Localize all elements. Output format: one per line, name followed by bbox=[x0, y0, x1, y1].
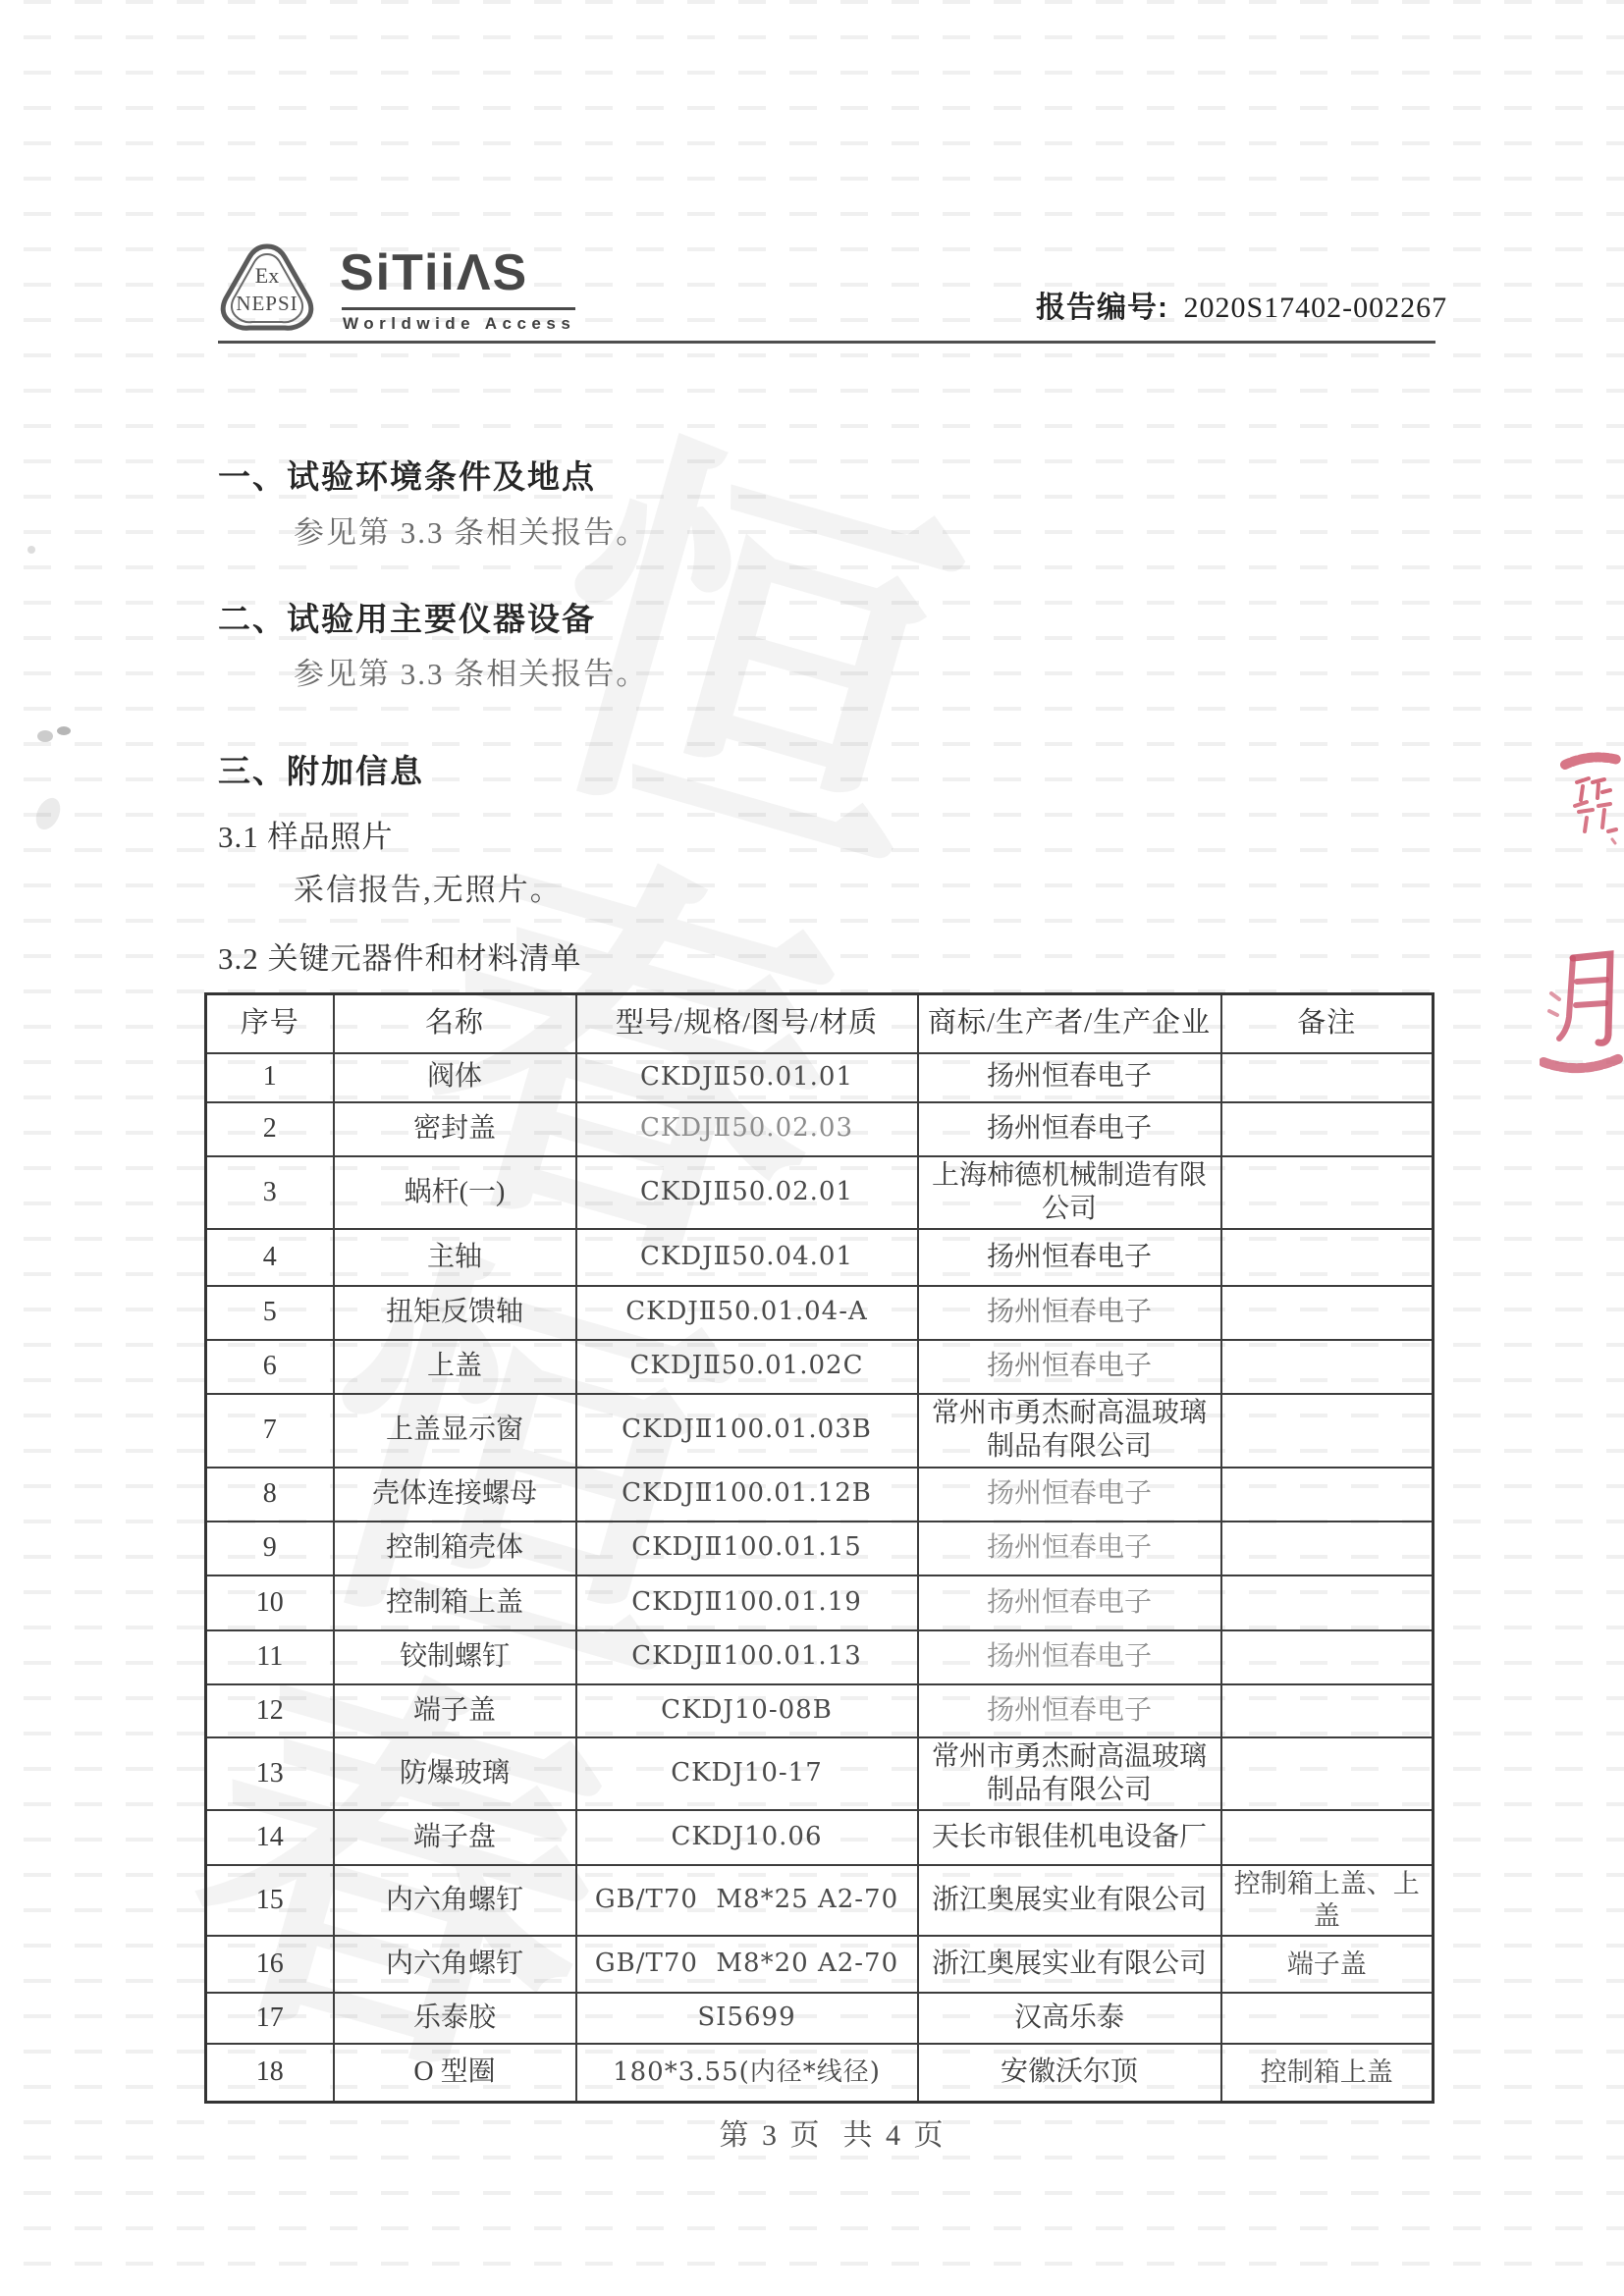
table-row: 16内六角螺钉GB/T70 M8*20 A2-70浙江奥展实业有限公司端子盖 bbox=[206, 1936, 1434, 1993]
brand-wordmark: SiTiiΛS bbox=[340, 243, 528, 302]
cell-maker: 扬州恒春电子 bbox=[918, 1522, 1221, 1575]
cell-seq: 12 bbox=[206, 1684, 334, 1737]
cell-remark: 控制箱上盖 bbox=[1221, 2044, 1434, 2102]
scan-smudge bbox=[27, 546, 35, 554]
cell-seq: 17 bbox=[206, 1993, 334, 2044]
cell-remark: 控制箱上盖、上盖 bbox=[1221, 1865, 1434, 1936]
brand-underline bbox=[342, 307, 575, 310]
cell-name: 蜗杆(一) bbox=[334, 1156, 576, 1229]
cell-maker: 扬州恒春电子 bbox=[918, 1102, 1221, 1156]
table-row: 10控制箱上盖CKDJⅡ100.01.19扬州恒春电子 bbox=[206, 1575, 1434, 1630]
cell-maker: 扬州恒春电子 bbox=[918, 1286, 1221, 1340]
components-table: 序号 名称 型号/规格/图号/材质 商标/生产者/生产企业 备注 1阀体CKDJ… bbox=[204, 992, 1435, 2104]
cell-seq: 15 bbox=[206, 1865, 334, 1936]
cell-model: CKDJⅡ50.01.04-A bbox=[576, 1286, 918, 1340]
cell-seq: 10 bbox=[206, 1575, 334, 1630]
report-number: 报告编号: 2020S17402-002267 bbox=[1036, 283, 1429, 326]
cell-name: 控制箱上盖 bbox=[334, 1575, 576, 1630]
cell-name: 扭矩反馈轴 bbox=[334, 1286, 576, 1340]
cell-name: 防爆玻璃 bbox=[334, 1737, 576, 1810]
scan-smudge bbox=[31, 794, 65, 833]
page-footer: 第 3 页 共 4 页 bbox=[204, 2110, 1432, 2154]
table-row: 14端子盘CKDJ10.06天长市银佳机电设备厂 bbox=[206, 1810, 1434, 1865]
cell-seq: 11 bbox=[206, 1630, 334, 1684]
table-row: 5扭矩反馈轴CKDJⅡ50.01.04-A扬州恒春电子 bbox=[206, 1286, 1434, 1340]
table-row: 17乐泰胶SI5699汉高乐泰 bbox=[206, 1993, 1434, 2044]
nepsi-ex-logo-icon: Ex NEPSI bbox=[216, 241, 318, 341]
cell-maker: 扬州恒春电子 bbox=[918, 1630, 1221, 1684]
cell-model: CKDJⅡ50.01.01 bbox=[576, 1053, 918, 1102]
cell-seq: 8 bbox=[206, 1468, 334, 1522]
cell-name: 壳体连接螺母 bbox=[334, 1468, 576, 1522]
cell-maker: 扬州恒春电子 bbox=[918, 1684, 1221, 1737]
cell-model: 180*3.55(内径*线径) bbox=[576, 2044, 918, 2102]
cell-remark bbox=[1221, 1684, 1434, 1737]
logo-ex-text: Ex bbox=[255, 263, 279, 288]
cell-model: CKDJ10-17 bbox=[576, 1737, 918, 1810]
cell-maker: 扬州恒春电子 bbox=[918, 1053, 1221, 1102]
cell-seq: 13 bbox=[206, 1737, 334, 1810]
cell-remark bbox=[1221, 1394, 1434, 1468]
cell-maker: 扬州恒春电子 bbox=[918, 1229, 1221, 1286]
section-1-body: 参见第 3.3 条相关报告。 bbox=[294, 507, 648, 552]
cell-remark: 端子盖 bbox=[1221, 1936, 1434, 1993]
report-number-label: 报告编号: bbox=[1036, 292, 1168, 324]
cell-model: GB/T70 M8*25 A2-70 bbox=[576, 1865, 918, 1936]
cell-name: 主轴 bbox=[334, 1229, 576, 1286]
cell-model: CKDJⅡ50.02.01 bbox=[576, 1156, 918, 1229]
table-body: 1阀体CKDJⅡ50.01.01扬州恒春电子2密封盖CKDJⅡ50.02.03扬… bbox=[206, 1053, 1434, 2103]
subsection-3-1-label: 3.1 样品照片 bbox=[218, 812, 394, 856]
table-row: 18O 型圈180*3.55(内径*线径)安徽沃尔顶控制箱上盖 bbox=[206, 2044, 1434, 2102]
cell-maker: 浙江奥展实业有限公司 bbox=[918, 1865, 1221, 1936]
cell-remark bbox=[1221, 1810, 1434, 1865]
cell-model: CKDJⅡ100.01.13 bbox=[576, 1630, 918, 1684]
cell-remark bbox=[1221, 1286, 1434, 1340]
cell-seq: 4 bbox=[206, 1229, 334, 1286]
cell-seq: 6 bbox=[206, 1340, 334, 1394]
cell-model: CKDJ10.06 bbox=[576, 1810, 918, 1865]
cell-name: 乐泰胶 bbox=[334, 1993, 576, 2044]
cell-seq: 5 bbox=[206, 1286, 334, 1340]
cell-maker: 浙江奥展实业有限公司 bbox=[918, 1936, 1221, 1993]
components-table-wrapper: 序号 名称 型号/规格/图号/材质 商标/生产者/生产企业 备注 1阀体CKDJ… bbox=[204, 992, 1432, 2104]
cell-maker: 扬州恒春电子 bbox=[918, 1340, 1221, 1394]
cell-model: CKDJⅡ50.04.01 bbox=[576, 1229, 918, 1286]
cell-model: CKDJⅡ50.01.02C bbox=[576, 1340, 918, 1394]
table-row: 6上盖CKDJⅡ50.01.02C扬州恒春电子 bbox=[206, 1340, 1434, 1394]
cell-seq: 7 bbox=[206, 1394, 334, 1468]
cell-remark bbox=[1221, 1102, 1434, 1156]
cell-remark bbox=[1221, 1737, 1434, 1810]
cell-model: CKDJⅡ50.02.03 bbox=[576, 1102, 918, 1156]
cell-seq: 18 bbox=[206, 2044, 334, 2102]
cell-name: 密封盖 bbox=[334, 1102, 576, 1156]
cell-name: 端子盘 bbox=[334, 1810, 576, 1865]
cell-maker: 天长市银佳机电设备厂 bbox=[918, 1810, 1221, 1865]
cell-seq: 14 bbox=[206, 1810, 334, 1865]
table-row: 8壳体连接螺母CKDJⅡ100.01.12B扬州恒春电子 bbox=[206, 1468, 1434, 1522]
table-row: 7上盖显示窗CKDJⅡ100.01.03B常州市勇杰耐高温玻璃制品有限公司 bbox=[206, 1394, 1434, 1468]
cell-model: GB/T70 M8*20 A2-70 bbox=[576, 1936, 918, 1993]
cell-model: CKDJⅡ100.01.19 bbox=[576, 1575, 918, 1630]
col-header-seq: 序号 bbox=[206, 994, 334, 1053]
cell-maker: 上海柿德机械制造有限公司 bbox=[918, 1156, 1221, 1229]
cell-name: 内六角螺钉 bbox=[334, 1936, 576, 1993]
section-2-title: 二、试验用主要仪器设备 bbox=[218, 594, 596, 640]
cell-remark bbox=[1221, 1575, 1434, 1630]
col-header-maker: 商标/生产者/生产企业 bbox=[918, 994, 1221, 1053]
cell-name: O 型圈 bbox=[334, 2044, 576, 2102]
cell-name: 铰制螺钉 bbox=[334, 1630, 576, 1684]
cell-maker: 扬州恒春电子 bbox=[918, 1575, 1221, 1630]
cell-model: CKDJⅡ100.01.15 bbox=[576, 1522, 918, 1575]
cell-seq: 1 bbox=[206, 1053, 334, 1102]
col-header-remark: 备注 bbox=[1221, 994, 1434, 1053]
cell-maker: 常州市勇杰耐高温玻璃制品有限公司 bbox=[918, 1737, 1221, 1810]
section-3-title: 三、附加信息 bbox=[218, 746, 424, 792]
cell-remark bbox=[1221, 1630, 1434, 1684]
cell-model: SI5699 bbox=[576, 1993, 918, 2044]
cell-seq: 9 bbox=[206, 1522, 334, 1575]
cell-name: 上盖 bbox=[334, 1340, 576, 1394]
section-1-title: 一、试验环境条件及地点 bbox=[218, 452, 596, 498]
table-row: 1阀体CKDJⅡ50.01.01扬州恒春电子 bbox=[206, 1053, 1434, 1102]
table-row: 9控制箱壳体CKDJⅡ100.01.15扬州恒春电子 bbox=[206, 1522, 1434, 1575]
cell-maker: 安徽沃尔顶 bbox=[918, 2044, 1221, 2102]
cell-name: 内六角螺钉 bbox=[334, 1865, 576, 1936]
cell-model: CKDJ10-08B bbox=[576, 1684, 918, 1737]
cell-remark bbox=[1221, 1229, 1434, 1286]
subsection-3-1-body: 采信报告,无照片。 bbox=[294, 865, 563, 909]
scan-smudge bbox=[37, 730, 53, 742]
cell-maker: 常州市勇杰耐高温玻璃制品有限公司 bbox=[918, 1394, 1221, 1468]
table-row: 15内六角螺钉GB/T70 M8*25 A2-70浙江奥展实业有限公司控制箱上盖… bbox=[206, 1865, 1434, 1936]
brand-tagline: Worldwide Access bbox=[343, 314, 575, 334]
table-row: 3蜗杆(一)CKDJⅡ50.02.01上海柿德机械制造有限公司 bbox=[206, 1156, 1434, 1229]
scanned-report-page: 恒春恒春 Ex NEPSI SiTiiΛS Worldwide Access 报… bbox=[0, 0, 1624, 2296]
table-row: 4主轴CKDJⅡ50.04.01扬州恒春电子 bbox=[206, 1229, 1434, 1286]
report-number-value: 2020S17402-002267 bbox=[1184, 292, 1448, 324]
header-divider bbox=[218, 341, 1435, 344]
table-header-row: 序号 名称 型号/规格/图号/材质 商标/生产者/生产企业 备注 bbox=[206, 994, 1434, 1053]
cell-name: 端子盖 bbox=[334, 1684, 576, 1737]
cell-remark bbox=[1221, 1053, 1434, 1102]
table-row: 11铰制螺钉CKDJⅡ100.01.13扬州恒春电子 bbox=[206, 1630, 1434, 1684]
red-seal-fragment-top-icon bbox=[1559, 749, 1624, 857]
cell-remark bbox=[1221, 1340, 1434, 1394]
cell-maker: 汉高乐泰 bbox=[918, 1993, 1221, 2044]
cell-remark bbox=[1221, 1522, 1434, 1575]
cell-model: CKDJⅡ100.01.03B bbox=[576, 1394, 918, 1468]
cell-seq: 3 bbox=[206, 1156, 334, 1229]
cell-name: 阀体 bbox=[334, 1053, 576, 1102]
cell-seq: 2 bbox=[206, 1102, 334, 1156]
red-seal-fragment-bottom-icon bbox=[1540, 940, 1624, 1083]
scan-smudge bbox=[57, 726, 71, 735]
col-header-model: 型号/规格/图号/材质 bbox=[576, 994, 918, 1053]
cell-remark bbox=[1221, 1156, 1434, 1229]
section-2-body: 参见第 3.3 条相关报告。 bbox=[294, 649, 648, 693]
subsection-3-2-label: 3.2 关键元器件和材料清单 bbox=[218, 934, 582, 978]
cell-model: CKDJⅡ100.01.12B bbox=[576, 1468, 918, 1522]
table-row: 2密封盖CKDJⅡ50.02.03扬州恒春电子 bbox=[206, 1102, 1434, 1156]
cell-maker: 扬州恒春电子 bbox=[918, 1468, 1221, 1522]
cell-remark bbox=[1221, 1468, 1434, 1522]
col-header-name: 名称 bbox=[334, 994, 576, 1053]
cell-name: 上盖显示窗 bbox=[334, 1394, 576, 1468]
logo-nepsi-text: NEPSI bbox=[236, 292, 298, 315]
cell-seq: 16 bbox=[206, 1936, 334, 1993]
cell-name: 控制箱壳体 bbox=[334, 1522, 576, 1575]
table-row: 13防爆玻璃CKDJ10-17常州市勇杰耐高温玻璃制品有限公司 bbox=[206, 1737, 1434, 1810]
cell-remark bbox=[1221, 1993, 1434, 2044]
table-row: 12端子盖CKDJ10-08B扬州恒春电子 bbox=[206, 1684, 1434, 1737]
